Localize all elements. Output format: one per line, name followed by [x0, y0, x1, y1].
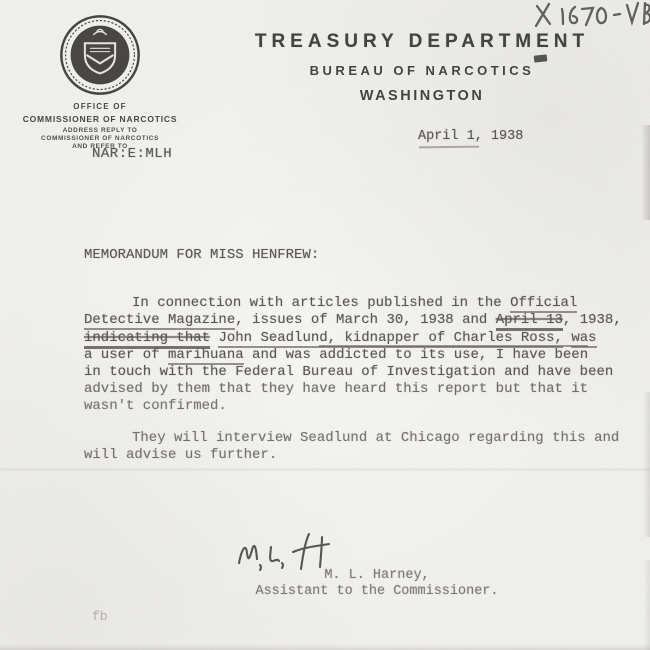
memo-paragraph-2: They will interview Seadlund at Chicago …: [84, 430, 644, 464]
memo-text-line: wasn't confirmed.: [84, 398, 644, 415]
file-reference-code: NAR:E:MLH: [92, 146, 172, 162]
address-reply-line-2: COMMISSIONER OF NARCOTICS: [14, 135, 186, 142]
treasury-seal-icon: [58, 12, 142, 98]
memo-text-line: a user of marihuana and was addicted to …: [84, 347, 644, 364]
signature-block: M. L. Harney, Assistant to the Commissio…: [227, 568, 527, 599]
scan-edge-streak: [643, 392, 650, 537]
memo-text-line: Detective Magazine, issues of March 30, …: [84, 312, 644, 329]
department-header: TREASURY DEPARTMENT BUREAU OF NARCOTICS …: [252, 31, 592, 104]
city-name: WASHINGTON: [252, 88, 592, 104]
commissioner-of-narcotics-label: COMMISSIONER OF NARCOTICS: [14, 114, 186, 124]
typist-initials: fb: [92, 609, 108, 624]
memo-text-line: in touch with the Federal Bureau of Inve…: [84, 364, 644, 381]
scan-fold-line: [0, 468, 650, 471]
memo-text-line: They will interview Seadlund at Chicago …: [84, 430, 644, 447]
scan-edge-streak: [641, 125, 650, 220]
signer-name: M. L. Harney,: [227, 568, 527, 584]
scan-bottom-shadow: [0, 644, 650, 650]
memo-text-line: will advise us further.: [84, 447, 644, 464]
scanned-memo-page: OFFICE OF COMMISSIONER OF NARCOTICS ADDR…: [0, 0, 650, 650]
bureau-name: BUREAU OF NARCOTICS: [252, 63, 592, 78]
memo-paragraph-1: In connection with articles published in…: [84, 295, 644, 415]
memo-date: April 1, 1938: [418, 129, 523, 144]
memo-text-line: advised by them that they have heard thi…: [84, 381, 644, 398]
memo-text-line: In connection with articles published in…: [84, 295, 644, 312]
memo-salutation: MEMORANDUM FOR MISS HENFREW:: [84, 247, 644, 264]
office-of-label: OFFICE OF: [14, 102, 186, 111]
letterhead: OFFICE OF COMMISSIONER OF NARCOTICS ADDR…: [14, 10, 186, 150]
memo-body: MEMORANDUM FOR MISS HENFREW: In connecti…: [84, 247, 644, 477]
scan-edge-streak: [644, 560, 650, 650]
address-reply-line-1: ADDRESS REPLY TO: [14, 127, 186, 134]
signer-title: Assistant to the Commissioner.: [227, 584, 527, 600]
date-pencil-underline: [419, 146, 479, 149]
ink-smudge-mark: [534, 54, 548, 62]
department-name: TREASURY DEPARTMENT: [252, 31, 592, 53]
